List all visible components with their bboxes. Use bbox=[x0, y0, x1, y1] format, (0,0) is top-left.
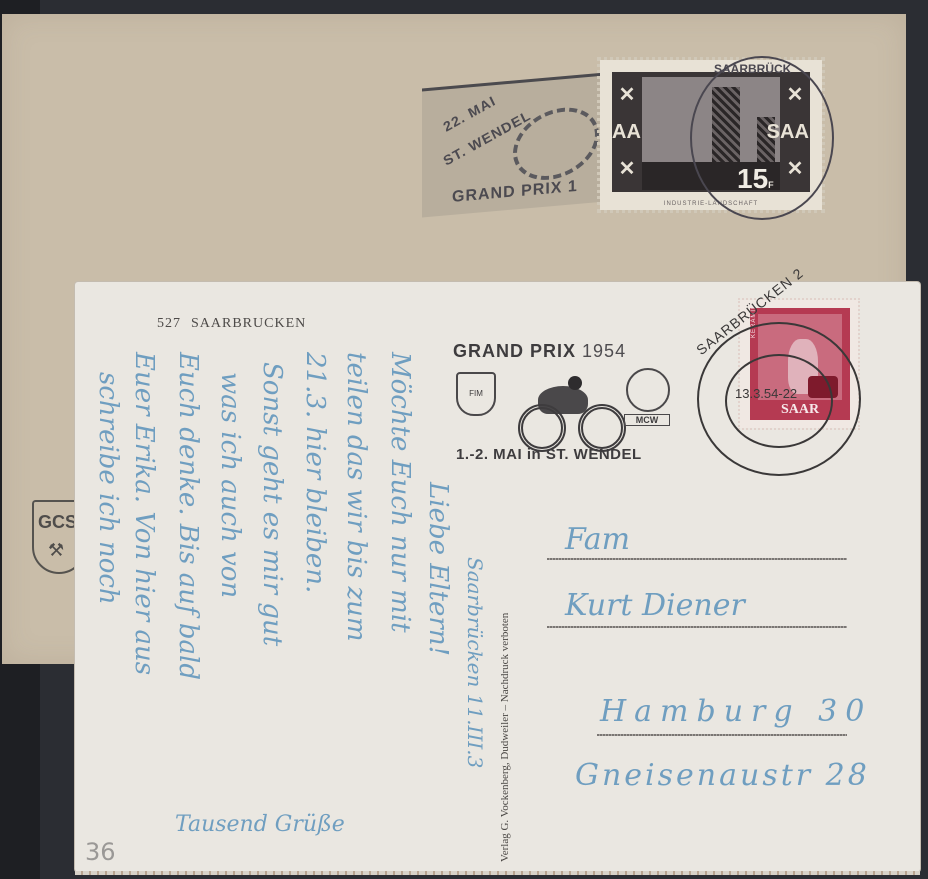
grand-prix-1954-slogan-cancel: GRAND PRIX 1954 FIM MCW 1.-2. MAI in ST.… bbox=[450, 338, 700, 468]
address-line-1 bbox=[547, 558, 847, 560]
postcard-title: 527SAARBRUCKEN bbox=[157, 316, 306, 332]
publisher-imprint: Verlag G. Vockenberg, Dudweiler – Nachdr… bbox=[499, 613, 511, 862]
address-line-2 bbox=[547, 626, 847, 628]
message-line: Euch denke. Bis auf bald bbox=[173, 352, 203, 680]
message-line: 21.3. hier bleiben. bbox=[300, 352, 330, 593]
address-recipient-prefix: Fam bbox=[565, 522, 630, 557]
grand-prix-slogan-cancel-envelope: 22. MAI ST. WENDEL GRAND PRIX 1 bbox=[422, 71, 617, 217]
message-line: schreibe ich noch bbox=[93, 372, 123, 605]
postcard-postmark-inner bbox=[725, 354, 833, 448]
crossed-hammers-icon: ⚒ bbox=[48, 540, 64, 561]
motorcycle-icon bbox=[503, 94, 609, 193]
postmark-date: 13.3.54-22 bbox=[735, 386, 797, 401]
cancel-footer: 1.-2. MAI in ST. WENDEL bbox=[456, 446, 642, 463]
envelope-postmark-city: SAARBRÜCK bbox=[714, 62, 791, 76]
message-line: Euer Erika. Von hier aus bbox=[129, 352, 159, 675]
message-line: Liebe Eltern! bbox=[423, 482, 453, 656]
message-line: Möchte Euch nur mit bbox=[385, 352, 415, 633]
message-date-note: Saarbrücken 11.III.3 bbox=[463, 557, 487, 768]
message-line: teilen das wir bis zum bbox=[341, 352, 371, 642]
cancel-line-3: GRAND PRIX 1 bbox=[452, 178, 578, 207]
address-city: Hamburg 30 bbox=[600, 694, 872, 729]
signature: Tausend Grüße bbox=[175, 812, 345, 837]
postcard: 527SAARBRUCKEN GRAND PRIX 1954 FIM MCW 1… bbox=[75, 282, 920, 872]
message-line: Sonst geht es mir gut bbox=[257, 362, 287, 646]
address-street: Gneisenaustr 28 bbox=[575, 758, 870, 793]
archive-number: 36 bbox=[85, 838, 116, 866]
address-recipient-name: Kurt Diener bbox=[565, 588, 745, 623]
fim-emblem-icon: FIM bbox=[456, 372, 496, 416]
message-line: was ich auch von bbox=[215, 372, 245, 598]
mcw-wreath-icon bbox=[626, 368, 670, 412]
mcw-label: MCW bbox=[624, 414, 670, 426]
envelope-postmark bbox=[690, 56, 834, 220]
stamp-country-left: ✕SAAR✕ bbox=[615, 76, 639, 188]
address-line-3 bbox=[597, 734, 847, 736]
motorcycle-rider-icon bbox=[510, 376, 620, 446]
